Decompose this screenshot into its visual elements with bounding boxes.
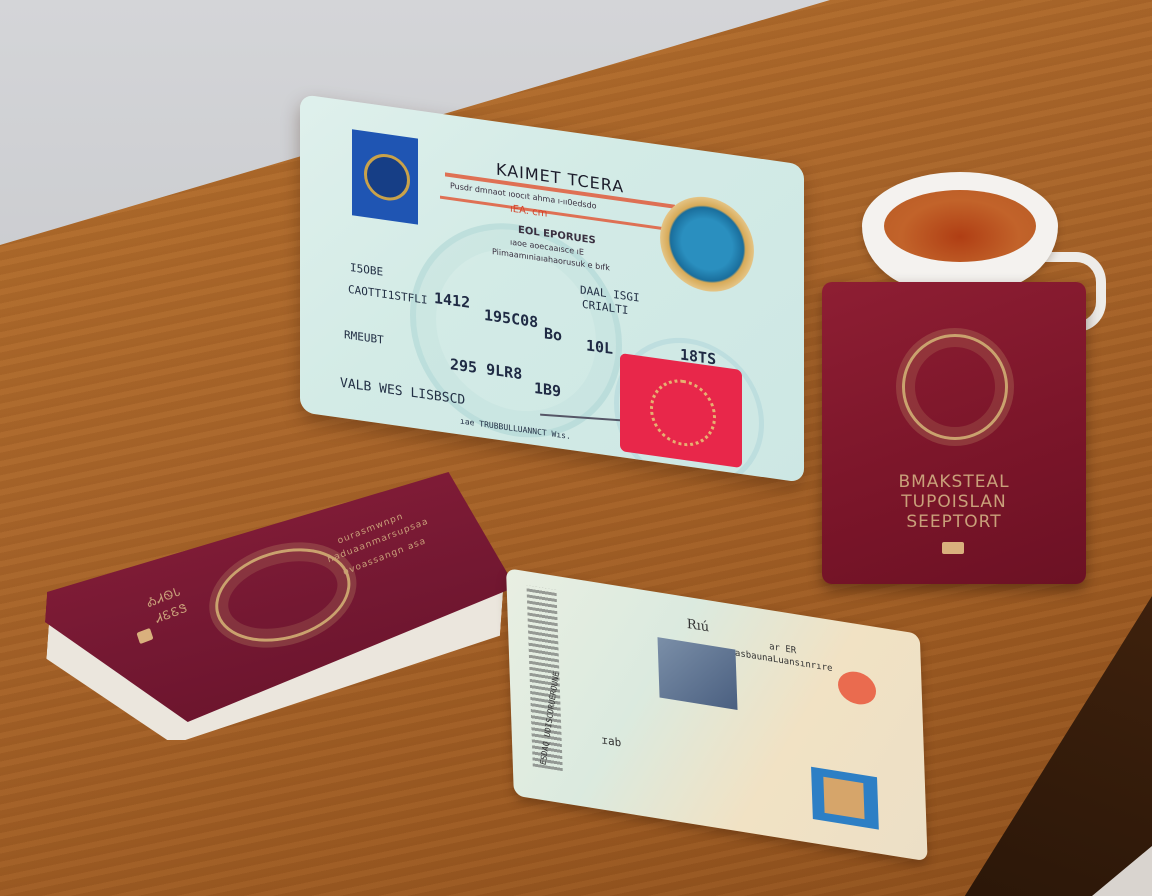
- tea-cup: [862, 172, 1058, 292]
- hologram-seal-icon: [660, 191, 754, 298]
- emblem-icon: [352, 129, 418, 224]
- red-seal-icon: [837, 669, 876, 707]
- hologram-photo: [811, 767, 879, 830]
- red-stamp: [620, 353, 742, 468]
- tea: [884, 190, 1036, 262]
- gold-seal-icon: [650, 375, 716, 450]
- passport-left: ourasmwnpn haduaanmarsupsaa ovoassangn a…: [37, 472, 524, 742]
- id-field-value: 1B9: [534, 379, 561, 401]
- passport-title-line: SEEPTORT: [822, 512, 1086, 532]
- license-signature: Rıú: [687, 617, 710, 636]
- license-bottom-mark: ɪab: [601, 733, 621, 749]
- coat-of-arms-icon: [902, 334, 1008, 440]
- id-field-value: Bo: [544, 324, 562, 345]
- license-photo: [657, 637, 737, 710]
- passport-title-line: TUPOISLAN: [822, 492, 1086, 512]
- passport-title-line: BMAKSTEAL: [822, 472, 1086, 492]
- id-field-label: I5OBE: [350, 261, 383, 279]
- seal-icon: [364, 151, 410, 203]
- passport-right: BMAKSTEAL TUPOISLAN SEEPTORT: [822, 282, 1086, 584]
- id-card-red-text: ıEA. cm: [510, 204, 547, 220]
- id-field-value: 10L: [586, 336, 613, 358]
- biometric-chip-icon: [942, 542, 964, 554]
- id-field-label: RMEUBT: [344, 328, 384, 347]
